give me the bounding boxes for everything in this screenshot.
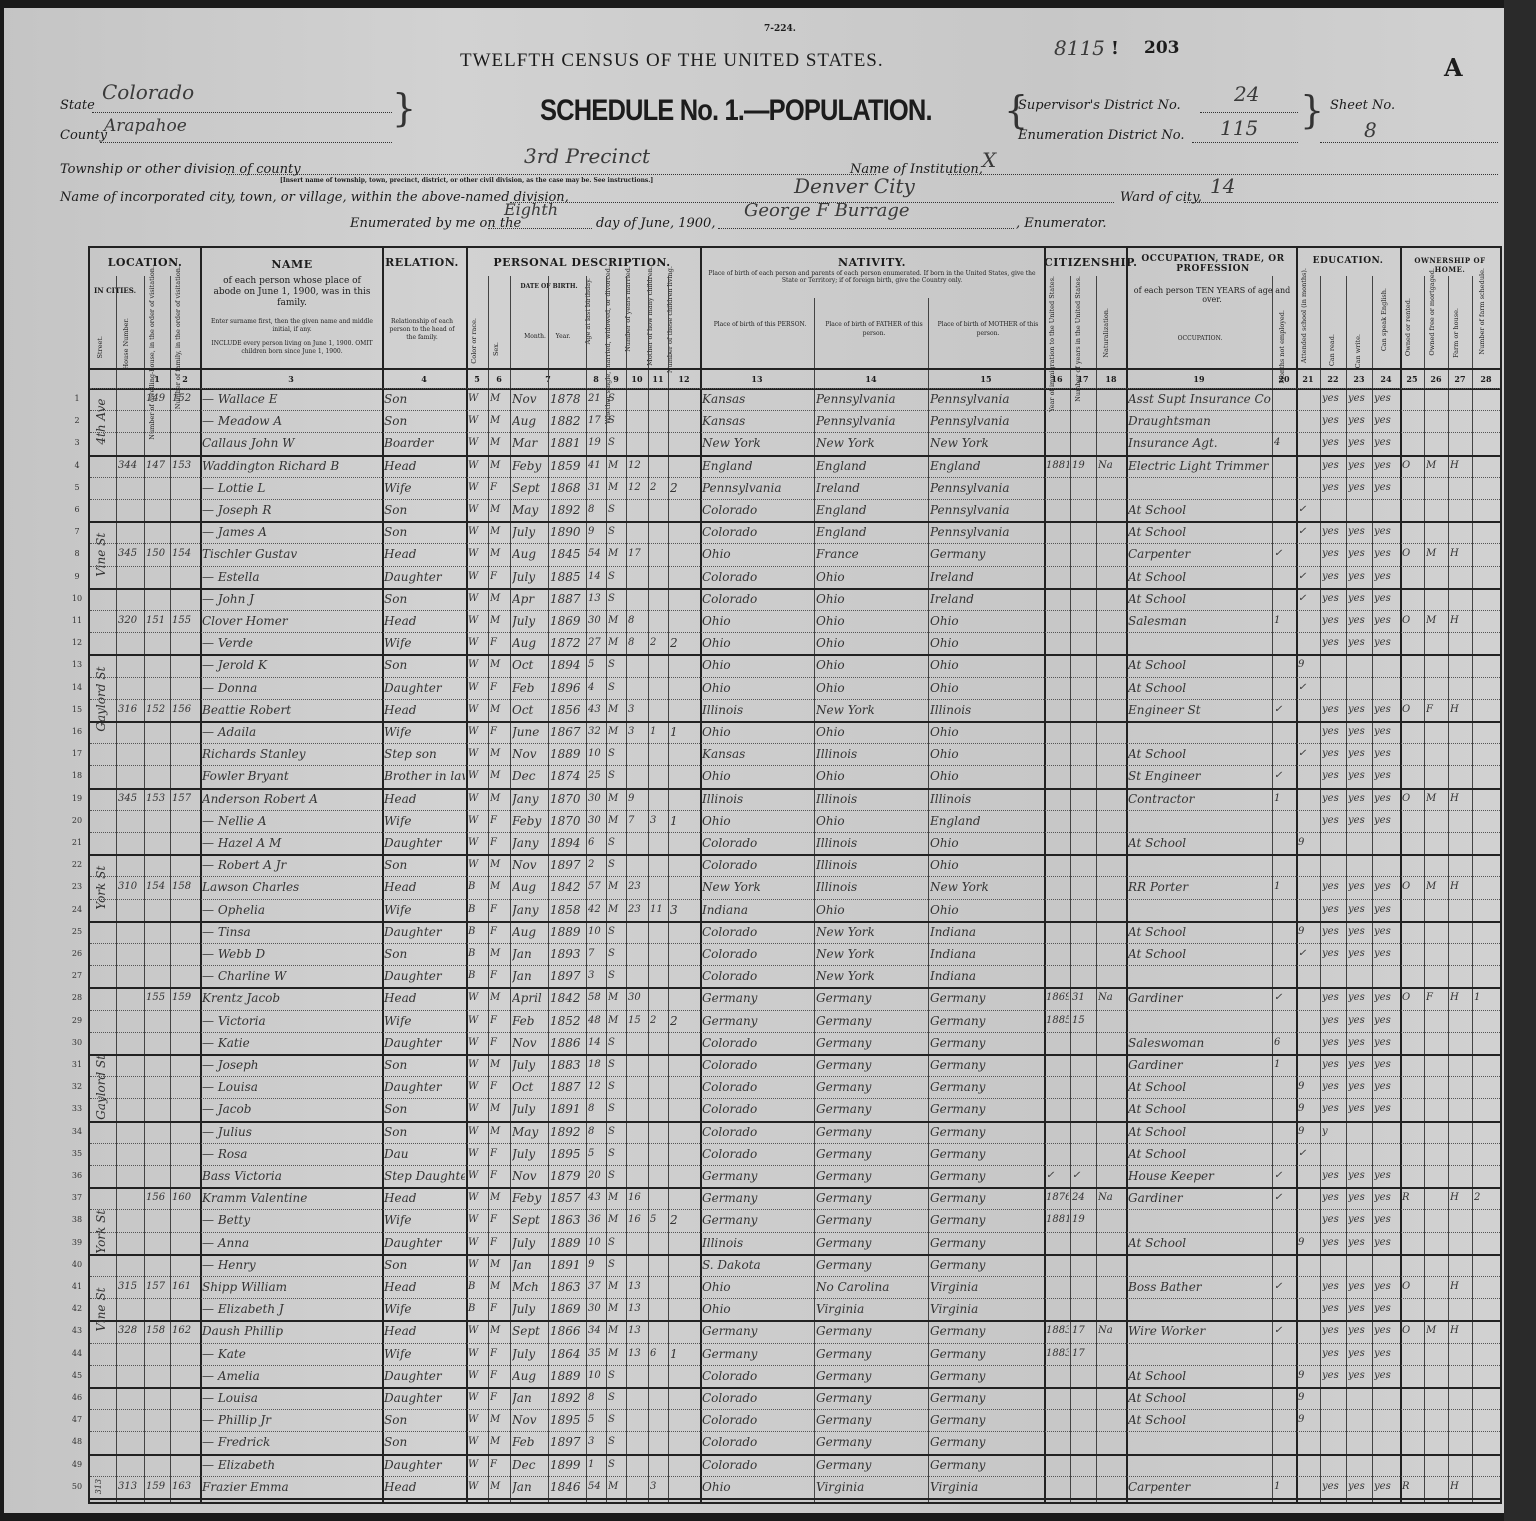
- cell-dw: 155: [146, 987, 169, 1009]
- row-number: 39: [68, 1232, 86, 1254]
- cell-speak: yes: [1374, 477, 1399, 499]
- cell-occ: Saleswoman: [1128, 1032, 1271, 1054]
- row-number: 40: [68, 1254, 86, 1276]
- column-number: 19: [1126, 374, 1272, 384]
- cell-month: Feby: [512, 455, 547, 477]
- row-number: 16: [68, 721, 86, 743]
- cell-write: yes: [1348, 921, 1371, 943]
- row-number: 10: [68, 588, 86, 610]
- cell-name: — Kate: [202, 1343, 381, 1365]
- cell-speak: yes: [1374, 788, 1399, 810]
- cell-name: — Lottie L: [202, 477, 381, 499]
- cell-farm: H: [1450, 876, 1471, 898]
- cell-pobm: Illinois: [930, 699, 1043, 721]
- cell-pobf: New York: [816, 943, 927, 965]
- group-citizenship: CITIZENSHIP.: [1044, 256, 1126, 269]
- row-number: 37: [68, 1187, 86, 1209]
- row-number: 29: [68, 1010, 86, 1032]
- cell-pobm: Germany: [930, 543, 1043, 565]
- cell-pobf: Pennsylvania: [816, 388, 927, 410]
- street-name: York St: [94, 1191, 108, 1272]
- cell-age: 2: [588, 854, 605, 876]
- cell-house: 345: [118, 788, 143, 810]
- cell-pob: Kansas: [702, 743, 813, 765]
- column-number: 14: [814, 374, 928, 384]
- city-value: Denver City: [794, 174, 915, 198]
- cell-age: 8: [588, 499, 605, 521]
- cell-mar: S: [608, 432, 625, 454]
- cell-imm: ✓: [1046, 1165, 1069, 1187]
- cell-read: yes: [1322, 1209, 1345, 1231]
- header-owned-rented: Owned or rented.: [1404, 298, 1412, 356]
- cell-pob: Germany: [702, 1343, 813, 1365]
- cell-pobf: Ohio: [816, 566, 927, 588]
- cell-speak: yes: [1374, 1032, 1399, 1054]
- cell-rel: Step Daughter: [384, 1165, 465, 1187]
- cell-age: 8: [588, 1387, 605, 1409]
- cell-sex: F: [490, 965, 509, 987]
- cell-nat: Na: [1098, 1187, 1125, 1209]
- cell-year: 1893: [550, 943, 585, 965]
- row-number: 25: [68, 921, 86, 943]
- header-can-read: Can read.: [1328, 334, 1336, 366]
- cell-free: M: [1426, 1320, 1447, 1342]
- cell-color: W: [468, 1076, 487, 1098]
- cell-month: Feb: [512, 677, 547, 699]
- cell-age: 5: [588, 654, 605, 676]
- header-owned-free: Owned free or mortgaged.: [1428, 268, 1436, 356]
- cell-year: 1845: [550, 543, 585, 565]
- cell-ym: 13: [628, 1343, 647, 1365]
- cell-color: W: [468, 1232, 487, 1254]
- cell-rel: Wife: [384, 899, 465, 921]
- cell-month: Aug: [512, 921, 547, 943]
- cell-imm: 1876: [1046, 1187, 1069, 1209]
- cell-color: B: [468, 1298, 487, 1320]
- cell-fam: 157: [172, 788, 199, 810]
- cell-month: Sept: [512, 1209, 547, 1231]
- cell-write: yes: [1348, 632, 1371, 654]
- cell-pobf: England: [816, 521, 927, 543]
- cell-occ: Electric Light Trimmer: [1128, 455, 1271, 477]
- cell-age: 54: [588, 1476, 605, 1498]
- cell-read: yes: [1322, 1298, 1345, 1320]
- cell-free: M: [1426, 876, 1447, 898]
- cell-name: — Betty: [202, 1209, 381, 1231]
- cell-sch: 9: [1298, 654, 1319, 676]
- cell-mar: M: [608, 1010, 625, 1032]
- supervisor-value: 24: [1234, 82, 1259, 106]
- cell-month: Nov: [512, 1032, 547, 1054]
- column-number: 11: [648, 374, 668, 384]
- cell-house: 316: [118, 699, 143, 721]
- cell-sex: F: [490, 632, 509, 654]
- cell-month: Jan: [512, 1387, 547, 1409]
- cell-pobf: Ohio: [816, 677, 927, 699]
- cell-yus: 19: [1072, 455, 1095, 477]
- cell-name: — Estella: [202, 566, 381, 588]
- brace-right: }: [1300, 88, 1324, 132]
- cell-moc: 3: [650, 810, 667, 832]
- cell-read: yes: [1322, 1098, 1345, 1120]
- cell-cl: 1: [670, 810, 699, 832]
- cell-month: Feb: [512, 1010, 547, 1032]
- cell-pob: Colorado: [702, 1121, 813, 1143]
- cell-imm: 1883: [1046, 1320, 1069, 1342]
- cell-sch: 9: [1298, 1121, 1319, 1143]
- cell-mar: S: [608, 921, 625, 943]
- header-months-unemployed: Months not employed.: [1278, 310, 1286, 384]
- header-street: Street.: [96, 336, 104, 359]
- cell-sex: M: [490, 854, 509, 876]
- cell-color: W: [468, 1387, 487, 1409]
- column-divider: [1070, 276, 1071, 1502]
- cell-pobm: Indiana: [930, 965, 1043, 987]
- column-number: 6: [488, 374, 510, 384]
- enumerated-mid: day of June, 1900,: [596, 216, 715, 231]
- cell-imm: 1883: [1046, 1343, 1069, 1365]
- cell-pobf: New York: [816, 965, 927, 987]
- cell-month: Apr: [512, 588, 547, 610]
- cell-year: 1885: [550, 566, 585, 588]
- cell-year: 1846: [550, 1476, 585, 1498]
- cell-pobf: Germany: [816, 1209, 927, 1231]
- cell-fam: 162: [172, 1320, 199, 1342]
- cell-occ: Salesman: [1128, 610, 1271, 632]
- cell-month: May: [512, 499, 547, 521]
- cell-rel: Step son: [384, 743, 465, 765]
- cell-yus: 19: [1072, 1209, 1095, 1231]
- enumerator-name: George F Burrage: [744, 200, 910, 221]
- cell-pobm: Ohio: [930, 743, 1043, 765]
- cell-pob: Indiana: [702, 899, 813, 921]
- cell-pobf: Germany: [816, 1387, 927, 1409]
- cell-mar: S: [608, 1387, 625, 1409]
- cell-name: — Elizabeth: [202, 1454, 381, 1476]
- cell-sex: F: [490, 1165, 509, 1187]
- cell-write: yes: [1348, 1232, 1371, 1254]
- cell-pob: Ohio: [702, 654, 813, 676]
- cell-pobf: Germany: [816, 1232, 927, 1254]
- header-pob-mother: Place of birth of MOTHER of this person.: [934, 320, 1042, 338]
- cell-pobf: New York: [816, 432, 927, 454]
- cell-sex: F: [490, 1010, 509, 1032]
- cell-sex: M: [490, 410, 509, 432]
- cell-color: W: [468, 1254, 487, 1276]
- cell-speak: yes: [1374, 566, 1399, 588]
- cell-read: yes: [1322, 1076, 1345, 1098]
- column-divider: [648, 276, 649, 1502]
- cell-occ: At School: [1128, 921, 1271, 943]
- cell-month: Jan: [512, 1254, 547, 1276]
- cell-mar: S: [608, 965, 625, 987]
- cell-unemp: ✓: [1274, 543, 1295, 565]
- column-number: 9: [606, 374, 626, 384]
- cell-sex: M: [490, 765, 509, 787]
- row-number: 6: [68, 499, 86, 521]
- street-name: Gaylord St: [94, 614, 108, 784]
- cell-sex: F: [490, 721, 509, 743]
- cell-speak: yes: [1374, 455, 1399, 477]
- cell-mar: M: [608, 1476, 625, 1498]
- row-number: 1: [68, 388, 86, 410]
- cell-sex: F: [490, 677, 509, 699]
- cell-farm: H: [1450, 1476, 1471, 1498]
- cell-year: 1889: [550, 1232, 585, 1254]
- cell-occ: At School: [1128, 588, 1271, 610]
- cell-house: 310: [118, 876, 143, 898]
- cell-color: W: [468, 1098, 487, 1120]
- cell-dw: 151: [146, 610, 169, 632]
- occupation-description: of each person TEN YEARS of age and over…: [1130, 286, 1294, 304]
- cell-color: W: [468, 455, 487, 477]
- cell-pobf: Pennsylvania: [816, 410, 927, 432]
- cell-house: 345: [118, 543, 143, 565]
- cell-year: 1895: [550, 1409, 585, 1431]
- cell-year: 1870: [550, 810, 585, 832]
- cell-own: O: [1402, 455, 1423, 477]
- cell-color: W: [468, 1032, 487, 1054]
- cell-house: 320: [118, 610, 143, 632]
- cell-rel: Brother in law: [384, 765, 465, 787]
- cell-pobm: Germany: [930, 1121, 1043, 1143]
- cell-pob: Germany: [702, 1165, 813, 1187]
- cell-age: 3: [588, 1431, 605, 1453]
- cell-age: 3: [588, 965, 605, 987]
- cell-color: W: [468, 765, 487, 787]
- cell-fam: 159: [172, 987, 199, 1009]
- cell-free: M: [1426, 543, 1447, 565]
- cell-year: 1891: [550, 1254, 585, 1276]
- cell-mar: M: [608, 543, 625, 565]
- cell-occ: At School: [1128, 677, 1271, 699]
- cell-speak: yes: [1374, 921, 1399, 943]
- cell-pob: Colorado: [702, 1431, 813, 1453]
- cell-sex: M: [490, 1431, 509, 1453]
- cell-age: 43: [588, 699, 605, 721]
- cell-write: yes: [1348, 788, 1371, 810]
- group-occupation: OCCUPATION, TRADE, OR PROFESSION: [1128, 254, 1298, 274]
- cell-mar: M: [608, 1343, 625, 1365]
- cell-age: 42: [588, 899, 605, 921]
- cell-year: 1896: [550, 677, 585, 699]
- cell-pobm: Germany: [930, 1365, 1043, 1387]
- cell-pobf: France: [816, 543, 927, 565]
- cell-mar: S: [608, 1076, 625, 1098]
- cell-year: 1870: [550, 788, 585, 810]
- cell-ym: 9: [628, 788, 647, 810]
- cell-own: O: [1402, 788, 1423, 810]
- cell-pobm: Germany: [930, 1431, 1043, 1453]
- cell-month: Oct: [512, 1076, 547, 1098]
- cell-sch: ✓: [1298, 677, 1319, 699]
- cell-speak: yes: [1374, 943, 1399, 965]
- cell-dw: 159: [146, 1476, 169, 1498]
- cell-color: W: [468, 1454, 487, 1476]
- cell-month: Dec: [512, 1454, 547, 1476]
- cell-yus: ✓: [1072, 1165, 1095, 1187]
- cell-pobm: England: [930, 810, 1043, 832]
- cell-occ: Gardiner: [1128, 1187, 1271, 1209]
- cell-name: — Charline W: [202, 965, 381, 987]
- cell-sex: M: [490, 1476, 509, 1498]
- cell-sex: M: [490, 743, 509, 765]
- cell-moc: 1: [650, 721, 667, 743]
- cell-pobf: Germany: [816, 987, 927, 1009]
- cell-unemp: 1: [1274, 876, 1295, 898]
- column-divider: [548, 276, 549, 1502]
- cell-speak: yes: [1374, 1232, 1399, 1254]
- cell-own: O: [1402, 987, 1423, 1009]
- cell-rel: Daughter: [384, 921, 465, 943]
- cell-year: 1897: [550, 1431, 585, 1453]
- column-divider: [510, 276, 511, 1502]
- cell-speak: yes: [1374, 1476, 1399, 1498]
- cell-pob: Germany: [702, 1187, 813, 1209]
- column-number: 24: [1372, 374, 1400, 384]
- cell-occ: Draughtsman: [1128, 410, 1271, 432]
- cell-color: W: [468, 1143, 487, 1165]
- row-number: 22: [68, 854, 86, 876]
- cell-read: yes: [1322, 610, 1345, 632]
- cell-name: Krentz Jacob: [202, 987, 381, 1009]
- cell-age: 8: [588, 1121, 605, 1143]
- cell-write: yes: [1348, 1320, 1371, 1342]
- row-number: 20: [68, 810, 86, 832]
- cell-read: yes: [1322, 632, 1345, 654]
- cell-sch: 9: [1298, 1076, 1319, 1098]
- cell-sex: F: [490, 477, 509, 499]
- cell-name: Fowler Bryant: [202, 765, 381, 787]
- cell-month: July: [512, 610, 547, 632]
- stamp-mark: !: [1111, 38, 1119, 59]
- cell-name: — Verde: [202, 632, 381, 654]
- cell-name: — Fredrick: [202, 1431, 381, 1453]
- cell-pobm: Germany: [930, 1032, 1043, 1054]
- cell-name: — Louisa: [202, 1076, 381, 1098]
- cell-rel: Son: [384, 410, 465, 432]
- cell-age: 21: [588, 388, 605, 410]
- header-farm-house: Farm or house.: [1452, 308, 1460, 358]
- cell-moc: 3: [650, 1476, 667, 1498]
- cell-rel: Wife: [384, 1298, 465, 1320]
- column-divider: [668, 276, 669, 1502]
- cell-write: yes: [1348, 1343, 1371, 1365]
- cell-occ: At School: [1128, 832, 1271, 854]
- cell-month: Feb: [512, 1431, 547, 1453]
- cell-read: yes: [1322, 699, 1345, 721]
- header-occupation: OCCUPATION.: [1130, 334, 1270, 343]
- cell-year: 1889: [550, 743, 585, 765]
- cell-read: yes: [1322, 543, 1345, 565]
- row-number: 42: [68, 1298, 86, 1320]
- header-dwelling: Number of dwelling-house, in the order o…: [148, 266, 156, 440]
- cell-farm: H: [1450, 1320, 1471, 1342]
- cell-unemp: ✓: [1274, 1276, 1295, 1298]
- cell-sex: F: [490, 566, 509, 588]
- cell-pob: Kansas: [702, 388, 813, 410]
- cell-nat: Na: [1098, 1320, 1125, 1342]
- cell-pobm: Ohio: [930, 832, 1043, 854]
- cell-pobf: Germany: [816, 1454, 927, 1476]
- cell-read: yes: [1322, 1276, 1345, 1298]
- cell-name: — Louisa: [202, 1387, 381, 1409]
- cell-pob: New York: [702, 432, 813, 454]
- row-number: 47: [68, 1409, 86, 1431]
- cell-pobm: Ireland: [930, 588, 1043, 610]
- cell-mar: M: [608, 1298, 625, 1320]
- cell-year: 1882: [550, 410, 585, 432]
- column-number: 18: [1096, 374, 1126, 384]
- cell-mar: S: [608, 1409, 625, 1431]
- cell-rel: Daughter: [384, 965, 465, 987]
- cell-rel: Wife: [384, 1209, 465, 1231]
- cell-pobm: Germany: [930, 1209, 1043, 1231]
- cell-read: yes: [1322, 566, 1345, 588]
- cell-month: Jany: [512, 832, 547, 854]
- column-divider: [1346, 276, 1347, 1502]
- cell-read: yes: [1322, 788, 1345, 810]
- row-number: 23: [68, 876, 86, 898]
- cell-mar: S: [608, 832, 625, 854]
- cell-write: yes: [1348, 1365, 1371, 1387]
- row-number: 12: [68, 632, 86, 654]
- cell-write: yes: [1348, 588, 1371, 610]
- row-number: 28: [68, 987, 86, 1009]
- column-number: 25: [1400, 374, 1424, 384]
- cell-name: Shipp William: [202, 1276, 381, 1298]
- cell-unemp: ✓: [1274, 1187, 1295, 1209]
- cell-year: 1863: [550, 1209, 585, 1231]
- cell-write: yes: [1348, 1276, 1371, 1298]
- cell-rel: Head: [384, 788, 465, 810]
- cell-mar: M: [608, 810, 625, 832]
- cell-write: yes: [1348, 876, 1371, 898]
- cell-write: yes: [1348, 721, 1371, 743]
- cell-read: yes: [1322, 876, 1345, 898]
- cell-age: 57: [588, 876, 605, 898]
- cell-occ: RR Porter: [1128, 876, 1271, 898]
- header-naturalization: Naturalization.: [1102, 308, 1110, 358]
- cell-pobf: Germany: [816, 1098, 927, 1120]
- cell-pobf: Ohio: [816, 632, 927, 654]
- cell-ym: 8: [628, 610, 647, 632]
- cell-month: July: [512, 1232, 547, 1254]
- cell-name: — Elizabeth J: [202, 1298, 381, 1320]
- name-note-1: Enter surname first, then the given name…: [208, 318, 376, 334]
- cell-month: July: [512, 1143, 547, 1165]
- cell-month: July: [512, 1098, 547, 1120]
- cell-year: 1894: [550, 832, 585, 854]
- cell-moc: 2: [650, 1010, 667, 1032]
- cell-sex: F: [490, 1232, 509, 1254]
- cell-name: — Jerold K: [202, 654, 381, 676]
- cell-pobf: Ohio: [816, 654, 927, 676]
- group-relation: RELATION.: [382, 256, 462, 269]
- cell-dw: 149: [146, 388, 169, 410]
- cell-unemp: ✓: [1274, 699, 1295, 721]
- column-number: 22: [1320, 374, 1346, 384]
- cell-rel: Head: [384, 876, 465, 898]
- row-number: 30: [68, 1032, 86, 1054]
- cell-sex: M: [490, 1276, 509, 1298]
- cell-occ: At School: [1128, 1365, 1271, 1387]
- cell-year: 1894: [550, 654, 585, 676]
- township-value: 3rd Precinct: [524, 144, 650, 168]
- cell-year: 1889: [550, 921, 585, 943]
- cell-name: — Katie: [202, 1032, 381, 1054]
- cell-write: yes: [1348, 1209, 1371, 1231]
